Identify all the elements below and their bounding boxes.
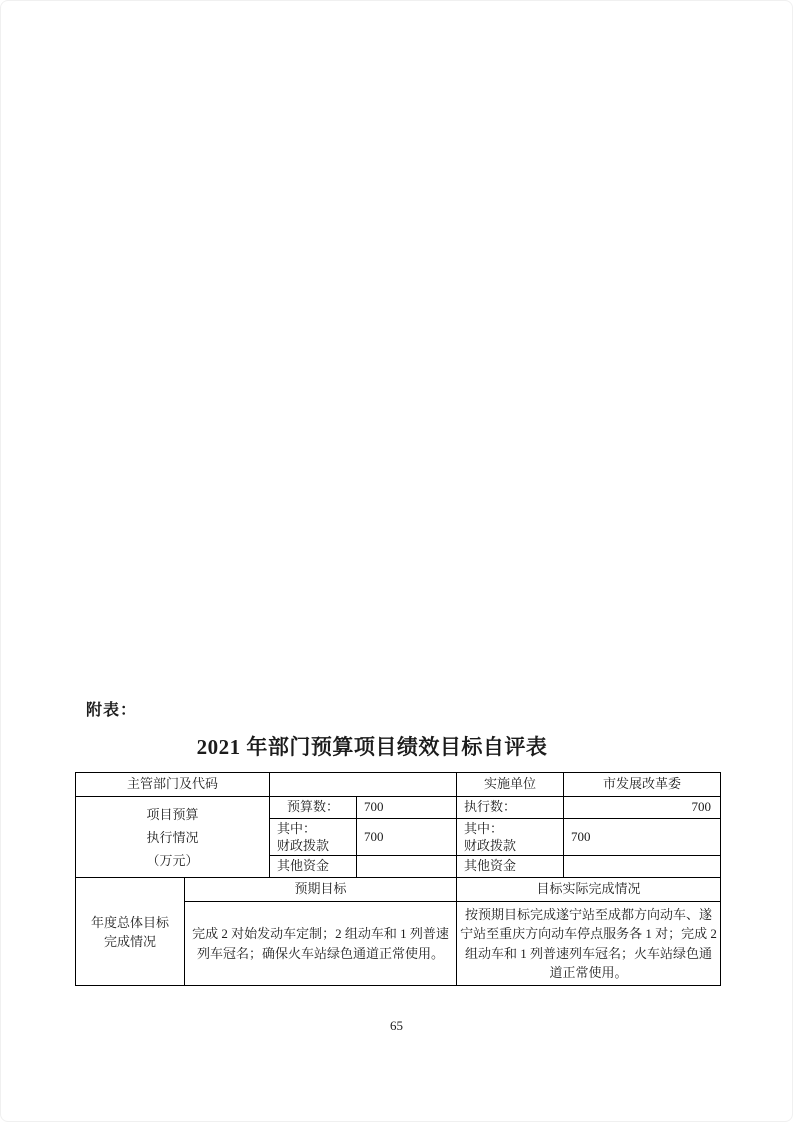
dept-code-label: 主管部门及代码 [76,773,270,797]
fiscal-grant-value-execution: 700 [564,819,721,856]
execution-amount-label: 执行数： [457,797,564,819]
budget-amount-value: 700 [357,797,457,819]
annual-goal-section-label: 年度总体目标 完成情况 [76,878,185,986]
actual-completion-header: 目标实际完成情况 [457,878,721,902]
expected-goal-header: 预期目标 [185,878,457,902]
expected-goal-text: 完成 2 对始发动车定制；2 组动车和 1 列普速列车冠名；确保火车站绿色通道正… [185,902,457,986]
fiscal-grant-value-budget: 700 [357,819,457,856]
actual-completion-text: 按预期目标完成遂宁站至成都方向动车、遂宁站至重庆方向动车停点服务各 1 对；完成… [457,902,721,986]
execution-amount-value: 700 [564,797,721,819]
page-number: 65 [1,1018,792,1034]
budget-section-label: 项目预算 执行情况 （万元） [76,797,270,878]
self-evaluation-table: 主管部门及代码 实施单位 市发展改革委 项目预算 执行情况 （万元） 预算数： … [75,772,721,986]
budget-amount-label: 预算数： [270,797,357,819]
attachment-label: 附表： [86,697,137,720]
dept-code-value [270,773,457,797]
table-row: 主管部门及代码 实施单位 市发展改革委 [76,773,721,797]
impl-unit-value: 市发展改革委 [564,773,721,797]
document-page: 附表： 2021 年部门预算项目绩效目标自评表 主管部门及代码 实施单位 市发展… [0,0,793,1122]
other-funds-value-budget [357,856,457,878]
other-funds-label-execution: 其他资金 [457,856,564,878]
fiscal-grant-label-execution: 其中： 财政拨款 [457,819,564,856]
other-funds-label-budget: 其他资金 [270,856,357,878]
other-funds-value-execution [564,856,721,878]
impl-unit-label: 实施单位 [457,773,564,797]
table-row: 年度总体目标 完成情况 预期目标 目标实际完成情况 [76,878,721,902]
page-title: 2021 年部门预算项目绩效目标自评表 [1,731,743,761]
table-row: 项目预算 执行情况 （万元） 预算数： 700 执行数： 700 [76,797,721,819]
fiscal-grant-label-budget: 其中： 财政拨款 [270,819,357,856]
